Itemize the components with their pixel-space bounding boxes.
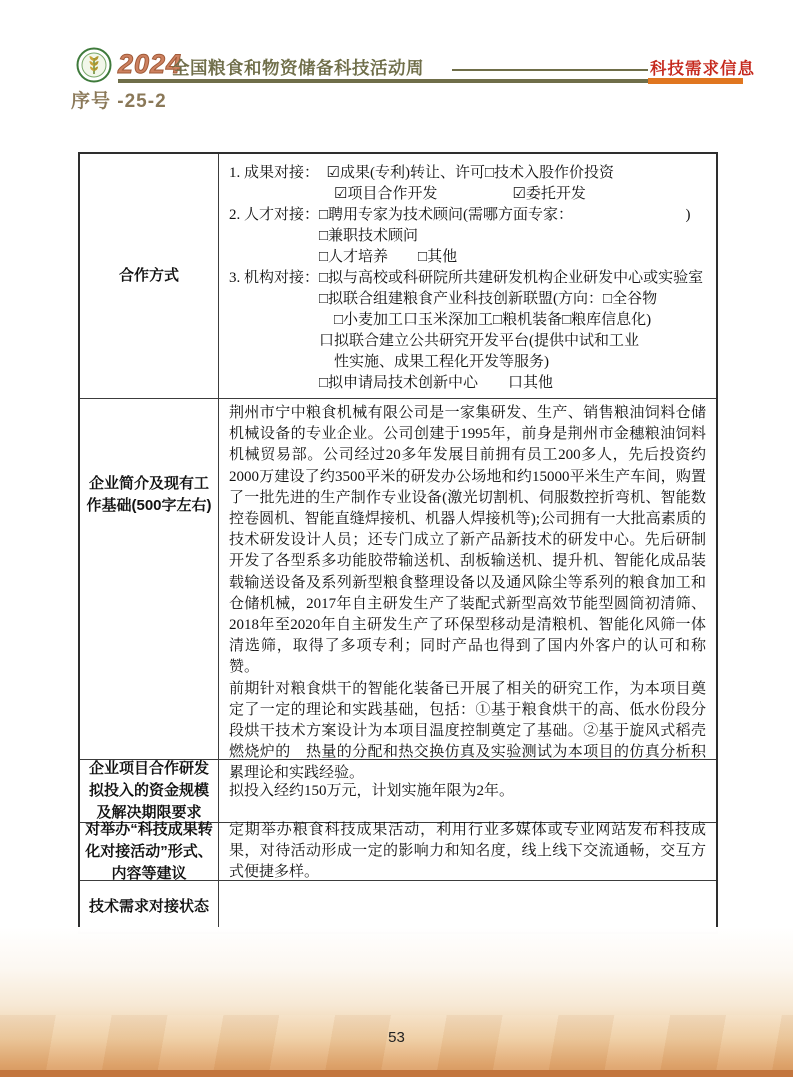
table-row-matching-status: 技术需求对接状态 bbox=[80, 880, 716, 932]
row-content-cooperation: 1. 成果对接： ☑成果(专利)转让、许可□技术入股作价投资 ☑项目合作开发 ☑… bbox=[219, 154, 716, 398]
grain-bureau-seal-icon bbox=[76, 47, 112, 83]
document-page: 2024 全国粮食和物资储备科技活动周 科技需求信息 序号 -25-2 合作方式… bbox=[0, 0, 793, 1077]
row-content-matching-status bbox=[219, 881, 716, 932]
header-section-label: 科技需求信息 bbox=[650, 55, 755, 79]
header-underline-olive bbox=[118, 79, 648, 83]
row-content-company-profile: 荆州市宁中粮食机械有限公司是一家集研发、生产、销售粮油饲料仓储机械设备的专业企业… bbox=[219, 399, 716, 759]
footer-orange-bar bbox=[0, 1070, 793, 1077]
tech-demand-form-table: 合作方式 1. 成果对接： ☑成果(专利)转让、许可□技术入股作价投资 ☑项目合… bbox=[78, 152, 718, 934]
row-label-cooperation: 合作方式 bbox=[80, 154, 219, 398]
table-row-company-profile: 企业简介及现有工作基础(500字左右) 荆州市宁中粮食机械有限公司是一家集研发、… bbox=[80, 398, 716, 759]
header-rule-line bbox=[452, 69, 648, 71]
serial-number: 序号 -25-2 bbox=[71, 86, 167, 113]
row-label-funding: 企业项目合作研发拟投入的资金规模及解决期限要求 bbox=[80, 760, 219, 822]
page-number: 53 bbox=[0, 1029, 793, 1046]
row-label-matching-status: 技术需求对接状态 bbox=[80, 881, 219, 932]
header-event-title: 全国粮食和物资储备科技活动周 bbox=[172, 55, 424, 80]
table-row-funding: 企业项目合作研发拟投入的资金规模及解决期限要求 拟投入经约150万元，计划实施年… bbox=[80, 759, 716, 822]
row-label-activity-advice: 对举办“科技成果转化对接活动”形式、内容等建议 bbox=[80, 823, 219, 880]
row-label-company-profile: 企业简介及现有工作基础(500字左右) bbox=[80, 399, 219, 759]
table-row-activity-advice: 对举办“科技成果转化对接活动”形式、内容等建议 定期举办粮食科技成果活动，利用行… bbox=[80, 822, 716, 880]
row-content-activity-advice: 定期举办粮食科技成果活动，利用行业多媒体或专业网站发布科技成果，对待活动形成一定… bbox=[219, 823, 716, 880]
footer-farmland-photo bbox=[0, 927, 793, 1077]
table-row-cooperation: 合作方式 1. 成果对接： ☑成果(专利)转让、许可□技术入股作价投资 ☑项目合… bbox=[80, 154, 716, 398]
row-content-funding: 拟投入经约150万元，计划实施年限为2年。 bbox=[219, 760, 716, 822]
header-underline-orange bbox=[648, 78, 743, 84]
